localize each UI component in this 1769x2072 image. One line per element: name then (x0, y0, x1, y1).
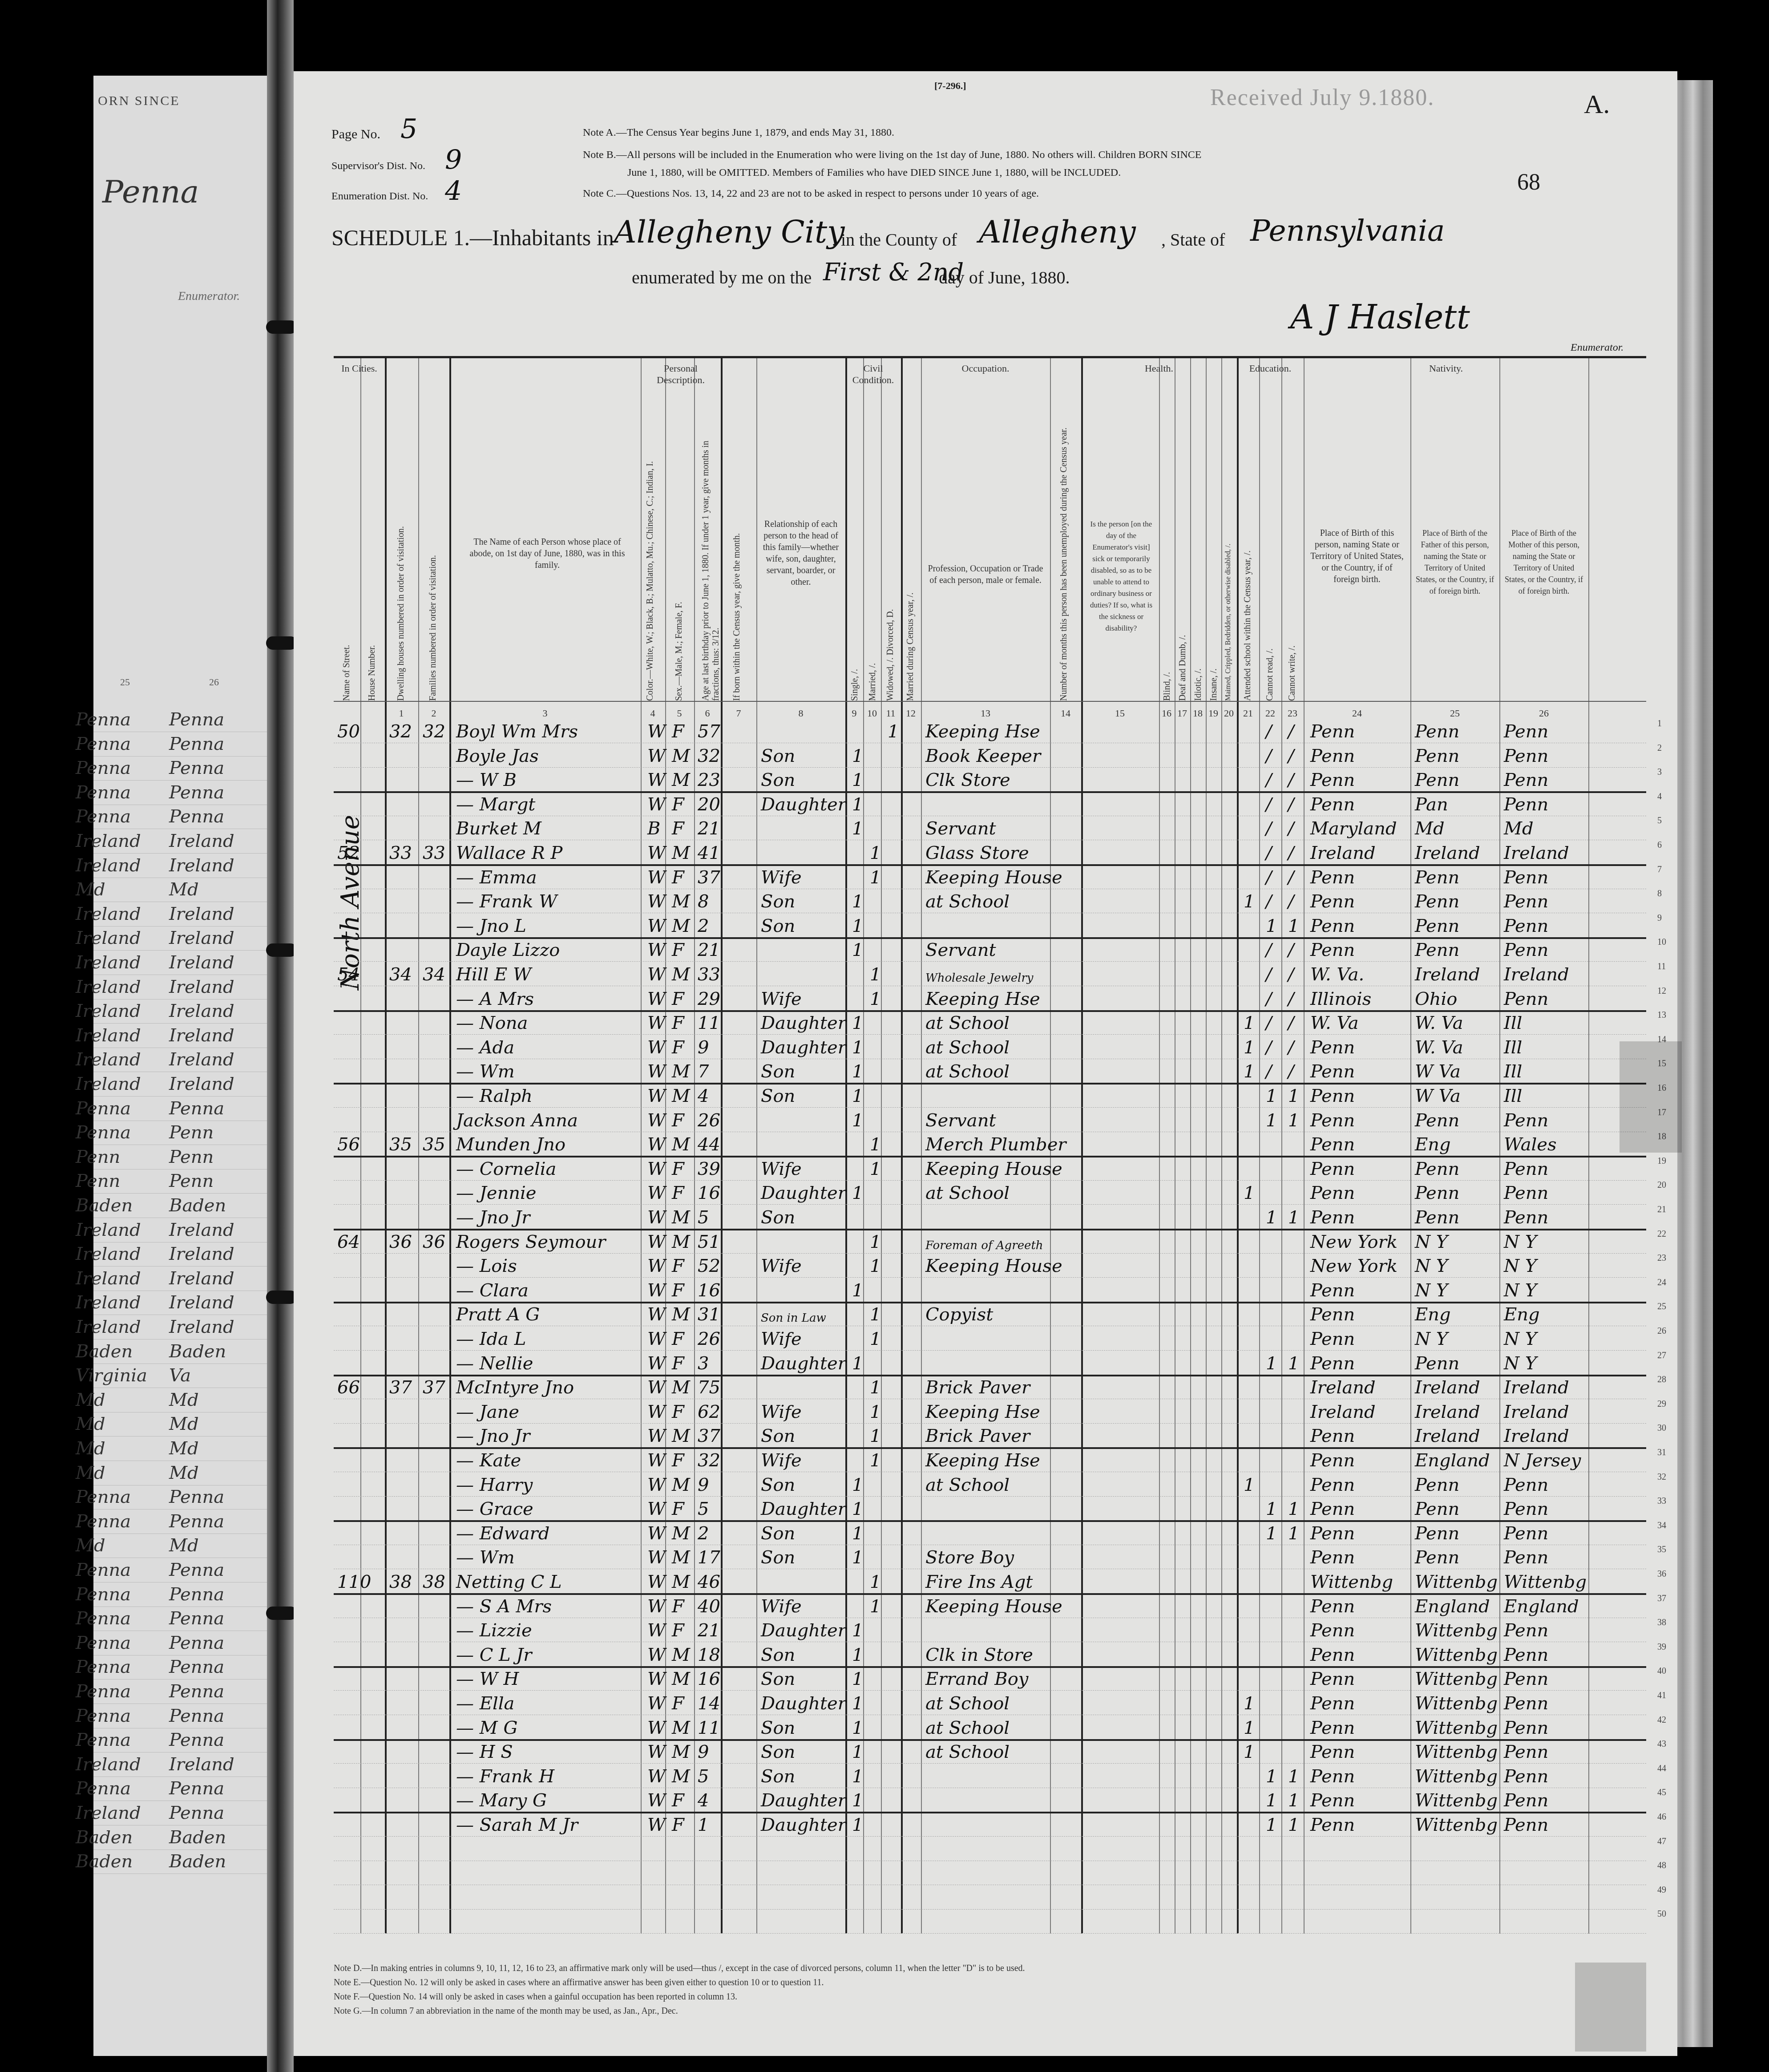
mother-birthplace: Md (169, 1390, 199, 1410)
mother-birthplace: N Y (1504, 1280, 1537, 1301)
color: W (647, 1134, 666, 1155)
supervisor-dist: 9 (445, 145, 462, 176)
father-birthplace: Wittenbg (1415, 1645, 1498, 1665)
age: 33 (698, 964, 720, 985)
sex: F (672, 721, 684, 742)
occupation: Brick Paver (925, 1377, 1030, 1398)
father-birthplace: Penn (1415, 916, 1459, 936)
county-field: Allegheny (979, 214, 1136, 250)
occupation: at School (925, 1037, 1010, 1058)
cannot-read-mark: / (1266, 1061, 1272, 1082)
table-row: 663737McIntyre JnoWM751Brick PaverIrelan… (334, 1375, 1646, 1399)
left-page-row: PennaPenna (93, 1777, 271, 1801)
sex: M (672, 1475, 690, 1495)
father-birthplace: Penna (76, 1122, 131, 1143)
footnote-d: Note D.—In making entries in columns 9, … (334, 1963, 1025, 1974)
line-number: 6 (1657, 840, 1662, 850)
sex: F (672, 1693, 684, 1714)
married-mark: 1 (870, 1402, 881, 1422)
relationship: Son (761, 1742, 795, 1762)
column-number: 22 (1264, 708, 1277, 719)
line-number: 33 (1657, 1496, 1666, 1506)
cannot-write-mark: 1 (1288, 1523, 1299, 1544)
occupation: Foreman of Agreeth (925, 1239, 1043, 1252)
person-name: — Mary G (456, 1790, 547, 1811)
person-name: Netting C L (456, 1572, 562, 1592)
birthplace: Penn (1310, 721, 1355, 742)
father-birthplace: Baden (76, 1341, 133, 1362)
mother-birthplace: Penn (1504, 891, 1548, 912)
sex: F (672, 1256, 684, 1276)
header-col-9: Single, /. (850, 412, 860, 701)
single-mark: 1 (852, 940, 863, 960)
mother-birthplace: N Y (1504, 1353, 1537, 1374)
color: W (647, 770, 666, 790)
mother-birthplace: Penna (169, 1657, 224, 1677)
birthplace: Penn (1310, 1790, 1355, 1811)
birthplace: Penn (1310, 1693, 1355, 1714)
father-birthplace: W Va (1415, 1086, 1461, 1106)
mother-birthplace: Penn (1504, 770, 1548, 790)
relationship: Wife (761, 1402, 802, 1422)
single-mark: 1 (852, 1523, 863, 1544)
birthplace: W. Va (1310, 1013, 1359, 1033)
table-row: — NonaWF11Daughter1at School1//W. VaW. V… (334, 1010, 1646, 1035)
age: 7 (698, 1061, 709, 1082)
age: 4 (698, 1790, 709, 1811)
father-birthplace: Ireland (76, 855, 141, 876)
color: W (647, 1742, 666, 1762)
color: W (647, 1013, 666, 1033)
schedule-title: SCHEDULE 1.—Inhabitants in (331, 225, 614, 251)
father-birthplace: Penn (76, 1171, 120, 1191)
mother-birthplace: Ill (1504, 1013, 1522, 1033)
person-name: — Ella (456, 1693, 514, 1714)
occupation: Fire Ins Agt (925, 1572, 1033, 1592)
table-row: — Jno JrWM37Son1Brick PaverPennIrelandIr… (334, 1423, 1646, 1449)
color: W (647, 1815, 666, 1835)
mother-birthplace: Penna (169, 1730, 224, 1750)
family-number: 36 (423, 1232, 445, 1252)
birthplace: Penn (1310, 1329, 1355, 1349)
sex: M (672, 770, 690, 790)
occupation: Servant (925, 1110, 996, 1131)
mother-birthplace: Penn (1504, 1523, 1548, 1544)
birthplace: Penn (1310, 916, 1355, 936)
left-page-row: IrelandIreland (93, 1315, 271, 1340)
column-number: 12 (904, 708, 917, 719)
table-row: — M GWM11Son1at School1PennWittenbgPenn4… (334, 1715, 1646, 1741)
color: W (647, 989, 666, 1009)
color: W (647, 1790, 666, 1811)
column-number: 20 (1222, 708, 1236, 719)
single-mark: 1 (852, 818, 863, 839)
left-page-state: Penna (102, 174, 199, 210)
person-name: — Frank H (456, 1766, 554, 1787)
cannot-write-mark: / (1288, 964, 1294, 985)
cannot-read-mark: 1 (1266, 1499, 1277, 1519)
birthplace: Penn (1310, 1159, 1355, 1179)
sex: F (672, 1037, 684, 1058)
cannot-read-mark: / (1266, 867, 1272, 888)
line-number: 43 (1657, 1739, 1666, 1749)
mother-birthplace: Penn (1504, 1645, 1548, 1665)
relationship: Wife (761, 867, 802, 888)
occupation: Keeping Hse (925, 721, 1040, 742)
column-number: 9 (848, 708, 861, 719)
sex: M (672, 843, 690, 863)
age: 14 (698, 1693, 720, 1714)
table-row: — W HWM16Son1Errand BoyPennWittenbgPenn4… (334, 1666, 1646, 1691)
father-birthplace: Ireland (1415, 843, 1480, 863)
birthplace: Penn (1310, 1304, 1355, 1325)
mother-birthplace: Ireland (1504, 964, 1569, 985)
mother-birthplace: Penna (169, 782, 224, 803)
mother-birthplace: N Y (1504, 1256, 1537, 1276)
person-name: — Ida L (456, 1329, 526, 1349)
paper-repair-patch (1620, 1041, 1682, 1153)
mother-birthplace: Penn (1504, 721, 1548, 742)
birthplace: New York (1310, 1256, 1397, 1276)
header-col-16: Blind, /. (1162, 412, 1172, 701)
mother-birthplace: Ireland (169, 1317, 234, 1337)
cannot-read-mark: / (1266, 770, 1272, 790)
age: 2 (698, 1523, 709, 1544)
cannot-read-mark: 1 (1266, 1110, 1277, 1131)
cannot-read-mark: / (1266, 940, 1272, 960)
color: W (647, 964, 666, 985)
cannot-write-mark: 1 (1288, 1766, 1299, 1787)
dwelling-number: 33 (389, 843, 412, 863)
table-row: — NellieWF3Daughter111PennPennN Y27 (334, 1351, 1646, 1376)
mother-birthplace: Penn (1504, 1815, 1548, 1835)
age: 40 (698, 1596, 720, 1617)
left-page-row: MdMd (93, 1388, 271, 1412)
table-row: — Jno JrWM5Son11PennPennPenn21 (334, 1205, 1646, 1230)
relationship: Daughter (761, 1499, 846, 1519)
single-mark: 1 (852, 794, 863, 815)
father-birthplace: Penna (76, 734, 131, 754)
mother-birthplace: Md (169, 879, 199, 900)
left-page-sliver: ORN SINCE Penna Enumerator. 25 26 PennaP… (93, 76, 280, 2056)
mother-birthplace: Md (169, 1463, 199, 1483)
age: 31 (698, 1304, 720, 1325)
color: W (647, 1523, 666, 1544)
person-name: — Lois (456, 1256, 517, 1276)
father-birthplace: Ireland (76, 977, 141, 997)
family-number: 35 (423, 1134, 445, 1155)
sex: M (672, 891, 690, 912)
mother-birthplace: Ireland (169, 1754, 234, 1775)
group-header-education: Education. (1237, 363, 1304, 374)
dwelling-number: 37 (389, 1377, 412, 1398)
mother-birthplace: Penn (1504, 746, 1548, 766)
line-number: 46 (1657, 1812, 1666, 1822)
enumeration-label: Enumeration Dist. No. (331, 190, 428, 202)
mother-birthplace: Penn (1504, 867, 1548, 888)
relationship: Son (761, 1426, 795, 1446)
table-row: — H SWM9Son1at School1PennWittenbgPenn43 (334, 1739, 1646, 1764)
father-birthplace: Md (76, 879, 105, 900)
color: W (647, 1693, 666, 1714)
color: W (647, 1329, 666, 1349)
person-name: — Cornelia (456, 1159, 556, 1179)
birthplace: Penn (1310, 794, 1355, 815)
binding-ring (266, 636, 297, 650)
mother-birthplace: Ireland (169, 855, 234, 876)
school-mark: 1 (1244, 1013, 1255, 1033)
mother-birthplace: Ireland (169, 928, 234, 948)
age: 1 (698, 1815, 709, 1835)
page-no-label: Page No. (331, 127, 380, 142)
relationship: Daughter (761, 1013, 846, 1033)
left-page-row: IrelandIreland (93, 1048, 271, 1072)
cannot-write-mark: / (1288, 891, 1294, 912)
mother-birthplace: Penna (169, 734, 224, 754)
left-page-row: PennaPenna (93, 1728, 271, 1752)
occupation: at School (925, 1693, 1010, 1714)
mother-birthplace: Penn (1504, 1693, 1548, 1714)
header-col-20: Maimed, Crippled, Bedridden, or otherwis… (1224, 412, 1232, 701)
birthplace: Penn (1310, 1815, 1355, 1835)
header-col-17: Deaf and Dumb, /. (1178, 412, 1188, 701)
father-birthplace: Ireland (1415, 964, 1480, 985)
binding-ring (266, 320, 297, 334)
received-stamp: Received July 9.1880. (1210, 85, 1434, 111)
relationship: Wife (761, 1159, 802, 1179)
person-name: — Ada (456, 1037, 514, 1058)
person-name: Hill E W (456, 964, 531, 985)
occupation: Merch Plumber (925, 1134, 1066, 1155)
occupation: Keeping Hse (925, 1402, 1040, 1422)
mother-birthplace: Ireland (1504, 1377, 1569, 1398)
mother-birthplace: Ireland (169, 1244, 234, 1264)
mother-birthplace: Penn (1504, 1207, 1548, 1228)
cannot-write-mark: / (1288, 940, 1294, 960)
mother-birthplace: England (1504, 1596, 1579, 1617)
relationship: Daughter (761, 1353, 846, 1374)
birthplace: Penn (1310, 1086, 1355, 1106)
father-birthplace: England (1415, 1450, 1490, 1471)
left-page-row: BadenBaden (93, 1340, 271, 1364)
county-label: , in the County of (832, 229, 957, 250)
column-number: 16 (1160, 708, 1173, 719)
sex: M (672, 1547, 690, 1568)
age: 4 (698, 1086, 709, 1106)
group-header-health: Health. (1081, 363, 1237, 374)
father-birthplace: Penna (76, 1511, 131, 1532)
relationship: Son in Law (761, 1311, 826, 1325)
color: W (647, 1159, 666, 1179)
left-page-row: MdMd (93, 1437, 271, 1461)
married-mark: 1 (870, 1377, 881, 1398)
note-b-cont: June 1, 1880, will be OMITTED. Members o… (627, 167, 1121, 179)
age: 37 (698, 867, 720, 888)
school-mark: 1 (1244, 1037, 1255, 1058)
left-page-row: PennaPenna (93, 1655, 271, 1679)
father-birthplace: Penna (76, 709, 131, 730)
table-row: Dayle LizzoWF211Servant//PennPennPenn10 (334, 937, 1646, 962)
birthplace: Penn (1310, 1450, 1355, 1471)
birthplace: Penn (1310, 1110, 1355, 1131)
table-row: — GraceWF5Daughter111PennPennPenn33 (334, 1496, 1646, 1522)
mother-birthplace: Ireland (169, 831, 234, 851)
line-number: 23 (1657, 1253, 1666, 1263)
father-birthplace: Ireland (76, 928, 141, 948)
birthplace: Penn (1310, 1742, 1355, 1762)
line-number: 45 (1657, 1788, 1666, 1798)
line-number: 3 (1657, 767, 1662, 777)
color: W (647, 1086, 666, 1106)
relationship: Wife (761, 1596, 802, 1617)
cannot-read-mark: / (1266, 794, 1272, 815)
age: 16 (698, 1280, 720, 1301)
father-birthplace: Md (76, 1390, 105, 1410)
dwelling-number: 32 (389, 721, 412, 742)
sex: F (672, 989, 684, 1009)
page-no: 5 (400, 113, 417, 145)
left-page-row: PennaPenna (93, 1558, 271, 1582)
birthplace: Illinois (1310, 989, 1371, 1009)
father-birthplace: Penn (1415, 1159, 1459, 1179)
age: 2 (698, 916, 709, 936)
left-page-row: IrelandIreland (93, 1752, 271, 1777)
occupation: at School (925, 891, 1010, 912)
header-col-6: Age at last birthday prior to June 1, 18… (701, 412, 721, 701)
family-number: 33 (423, 843, 445, 863)
cannot-read-mark: 1 (1266, 1086, 1277, 1106)
single-mark: 1 (852, 1815, 863, 1835)
father-birthplace: Md (76, 1535, 105, 1556)
father-birthplace: Penn (1415, 940, 1459, 960)
group-header-in-cities: In Cities. (334, 363, 385, 374)
relationship: Son (761, 1718, 795, 1738)
cannot-read-mark: / (1266, 964, 1272, 985)
relationship: Son (761, 1086, 795, 1106)
birthplace: Penn (1310, 1037, 1355, 1058)
sex: M (672, 1134, 690, 1155)
house-number: 50 (337, 721, 360, 742)
left-page-row: IrelandIreland (93, 926, 271, 951)
school-mark: 1 (1244, 891, 1255, 912)
relationship: Wife (761, 1256, 802, 1276)
cannot-read-mark: / (1266, 818, 1272, 839)
group-header-occupation: Occupation. (921, 363, 1050, 374)
sex: F (672, 1159, 684, 1179)
father-birthplace: Penn (1415, 721, 1459, 742)
married-mark: 1 (870, 1232, 881, 1252)
father-birthplace: Ireland (1415, 1426, 1480, 1446)
left-page-row: PennaPenna (93, 1097, 271, 1121)
cannot-read-mark: 1 (1266, 1353, 1277, 1374)
line-number: 26 (1657, 1326, 1666, 1336)
line-number: 11 (1657, 962, 1666, 972)
age: 11 (698, 1718, 720, 1738)
age: 21 (698, 940, 720, 960)
father-birthplace: Wittenbg (1415, 1815, 1498, 1835)
column-number: 19 (1207, 708, 1220, 719)
mother-birthplace: Penna (169, 1633, 224, 1653)
table-row: 523333Wallace R PWM411Glass Store//Irela… (334, 840, 1646, 866)
mother-birthplace: Penn (1504, 1718, 1548, 1738)
sex: F (672, 1183, 684, 1203)
left-page-row: PennaPenna (93, 1679, 271, 1704)
father-birthplace: Penn (76, 1147, 120, 1167)
person-name: — Sarah M Jr (456, 1815, 578, 1835)
father-birthplace: Penna (76, 1706, 131, 1726)
line-number: 21 (1657, 1205, 1666, 1215)
table-row: 48 (334, 1861, 1646, 1885)
mother-birthplace: Ireland (169, 1268, 234, 1289)
column-number: 8 (794, 708, 808, 719)
birthplace: Penn (1310, 746, 1355, 766)
occupation: Keeping Hse (925, 989, 1040, 1009)
left-page-row: IrelandIreland (93, 902, 271, 927)
occupation: at School (925, 1013, 1010, 1033)
age: 57 (698, 721, 720, 742)
person-name: — Jane (456, 1402, 519, 1422)
mother-birthplace: Penn (1504, 940, 1548, 960)
line-number: 10 (1657, 937, 1666, 947)
cannot-write-mark: / (1288, 770, 1294, 790)
line-number: 37 (1657, 1594, 1666, 1604)
mother-birthplace: Penna (169, 1778, 224, 1799)
header-col-22: Cannot read, /. (1265, 412, 1275, 701)
left-page-row: PennaPenna (93, 1509, 271, 1534)
age: 9 (698, 1475, 709, 1495)
color: W (647, 1183, 666, 1203)
left-page-row: PennaPenna (93, 1607, 271, 1631)
birthplace: Penn (1310, 1183, 1355, 1203)
single-mark: 1 (852, 1645, 863, 1665)
left-page-row: BadenBaden (93, 1849, 271, 1874)
sex: M (672, 1645, 690, 1665)
cannot-write-mark: 1 (1288, 916, 1299, 936)
person-name: — C L Jr (456, 1645, 532, 1665)
father-birthplace: Penn (1415, 1207, 1459, 1228)
single-mark: 1 (852, 891, 863, 912)
header-col-21: Attended school within the Census year, … (1243, 412, 1253, 701)
father-birthplace: Wittenbg (1415, 1572, 1498, 1592)
age: 41 (698, 843, 720, 863)
father-birthplace: N Y (1415, 1280, 1448, 1301)
person-name: — H S (456, 1742, 513, 1762)
mother-birthplace: Penn (1504, 1499, 1548, 1519)
age: 16 (698, 1183, 720, 1203)
enumerator-label: Enumerator. (1571, 342, 1624, 354)
table-row: 563535Munden JnoWM441Merch PlumberPennEn… (334, 1132, 1646, 1157)
left-page-row: IrelandIreland (93, 1024, 271, 1048)
relationship: Wife (761, 1450, 802, 1471)
house-number: 56 (337, 1134, 360, 1155)
left-page-header-fragment: ORN SINCE (98, 93, 180, 109)
father-birthplace: Penna (76, 782, 131, 803)
age: 51 (698, 1232, 720, 1252)
father-birthplace: W. Va (1415, 1013, 1463, 1033)
occupation: Keeping House (925, 867, 1062, 888)
color: W (647, 1110, 666, 1131)
book-binding (267, 0, 294, 2072)
color: W (647, 794, 666, 815)
color: W (647, 916, 666, 936)
widowed-mark: 1 (888, 721, 899, 742)
sex: M (672, 1718, 690, 1738)
mother-birthplace: Penn (1504, 1766, 1548, 1787)
father-birthplace: Ireland (76, 1074, 141, 1094)
cannot-write-mark: / (1288, 1061, 1294, 1082)
age: 46 (698, 1572, 720, 1592)
table-row: 503232Boyl Wm MrsWF571Keeping Hse//PennP… (334, 719, 1646, 743)
